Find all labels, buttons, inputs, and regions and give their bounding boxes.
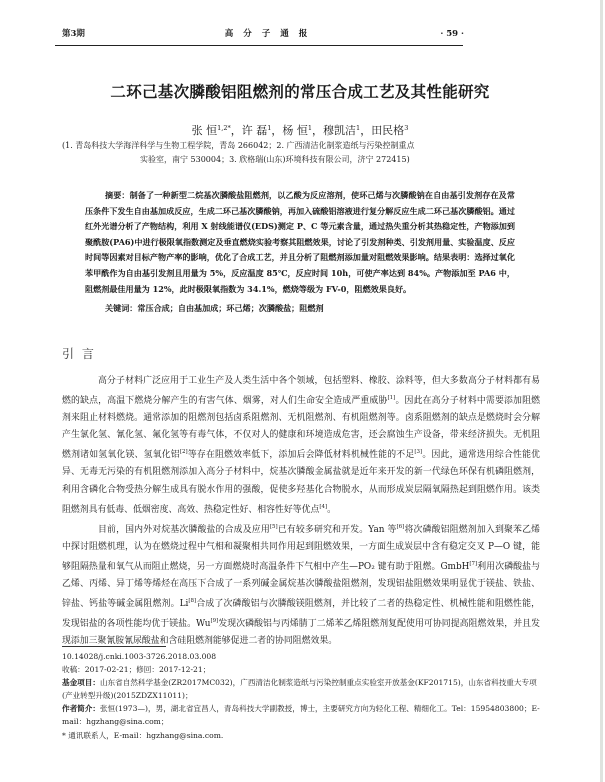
author-name: 田民格 bbox=[371, 124, 404, 137]
abstract-text: 制备了一种新型二烷基次膦酸盐阻燃剂，以乙酸为反应溶剂，使环己烯与次膦酸钠在自由基… bbox=[85, 190, 515, 294]
citation[interactable]: [4] bbox=[319, 504, 327, 510]
keywords: 关键词：常压合成；自由基加成；环己烯；次膦酸盐；阻燃剂 bbox=[85, 302, 515, 314]
keywords-text: 常压合成；自由基加成；环己烯；次膦酸盐；阻燃剂 bbox=[137, 303, 323, 313]
author-affiliation-mark: 1 bbox=[267, 124, 271, 132]
paper-title: 二环己基次膦酸铝阻燃剂的常压合成工艺及其性能研究 bbox=[0, 82, 600, 102]
text-run: 。 bbox=[327, 505, 336, 515]
author-list: 张 恒1,2*，许 磊1，杨 恒1，穆凯洁1，田民格3 bbox=[0, 121, 600, 138]
received-dates: 收稿：2017-02-21；修回：2017-12-21； bbox=[62, 663, 542, 676]
abstract-label: 摘要： bbox=[105, 190, 130, 200]
funding-text: 山东省自然科学基金(ZR2017MC032)，广西清洁化制浆造纸与污染控制重点实… bbox=[62, 678, 537, 700]
paragraph: 目前，国内外对烷基次膦酸盐的合成及应用[5]已有较多研究和开发。Yan 等[6]… bbox=[62, 519, 540, 651]
author-affiliation-mark: 1 bbox=[356, 124, 360, 132]
author-affiliation-mark: 1,2* bbox=[217, 124, 231, 132]
corresponding-author: * 通讯联系人，E-mail：hgzhang@sina.com. bbox=[62, 729, 542, 742]
footnotes: 10.14028/j.cnki.1003-3726.2018.03.008 收稿… bbox=[62, 650, 542, 742]
page-edge bbox=[600, 0, 603, 782]
page-number: · 59 · bbox=[440, 28, 464, 40]
keywords-label: 关键词： bbox=[105, 303, 137, 313]
author-bio-label: 作者简介： bbox=[62, 704, 100, 713]
text-run: 目前，国内外对烷基次膦酸盐的合成及应用 bbox=[98, 525, 270, 535]
author-name: 杨 恒 bbox=[282, 124, 308, 137]
doi: 10.14028/j.cnki.1003-3726.2018.03.008 bbox=[62, 650, 542, 663]
paragraph: 高分子材料广泛应用于工业生产及人类生活中各个领域，包括塑料、橡胶、涂料等，但大多… bbox=[62, 373, 540, 519]
journal-name: 高分子通报 bbox=[62, 28, 472, 40]
citation[interactable]: [2] bbox=[180, 449, 188, 455]
author-name: 穆凯洁 bbox=[323, 124, 356, 137]
funding: 基金项目：山东省自然科学基金(ZR2017MC032)，广西清洁化制浆造纸与污染… bbox=[62, 676, 542, 702]
section-heading-introduction: 引 言 bbox=[62, 346, 96, 362]
paper-page: 第3期 高分子通报 · 59 · 二环己基次膦酸铝阻燃剂的常压合成工艺及其性能研… bbox=[0, 0, 600, 782]
abstract: 摘要：制备了一种新型二烷基次膦酸盐阻燃剂，以乙酸为反应溶剂，使环己烯与次膦酸钠在… bbox=[85, 188, 515, 297]
header-divider bbox=[55, 45, 463, 46]
funding-label: 基金项目： bbox=[62, 678, 100, 687]
author-affiliation-mark: 3 bbox=[404, 124, 408, 132]
footnote-divider bbox=[62, 646, 166, 647]
citation[interactable]: [5] bbox=[270, 524, 278, 530]
author-name: 许 磊 bbox=[242, 124, 268, 137]
author-affiliation-mark: 1 bbox=[308, 124, 312, 132]
author-name: 张 恒 bbox=[192, 124, 218, 137]
text-run: 等存在阻燃效率低下，添加后会降低材料机械性能的不足 bbox=[188, 450, 415, 460]
author-bio: 作者简介：张恒(1973—)，男，湖北省宜昌人，青岛科技大学副教授，博士，主要研… bbox=[62, 702, 542, 728]
text-run: 已有较多研究和开发。Yan 等 bbox=[278, 525, 397, 535]
citation[interactable]: [8] bbox=[188, 598, 196, 604]
affiliation-line-2: 实验室，南宁 530004；3. 欣格瑞(山东)环境科技有限公司，济宁 2724… bbox=[140, 154, 605, 166]
affiliation-line-1: (1. 青岛科技大学海洋科学与生物工程学院，青岛 266042；2. 广西清洁化… bbox=[62, 140, 542, 152]
body-text: 高分子材料广泛应用于工业生产及人类生活中各个领域，包括塑料、橡胶、涂料等，但大多… bbox=[62, 373, 540, 650]
author-bio-text: 张恒(1973—)，男，湖北省宜昌人，青岛科技大学副教授，博士，主要研究方向为轻… bbox=[62, 704, 540, 726]
